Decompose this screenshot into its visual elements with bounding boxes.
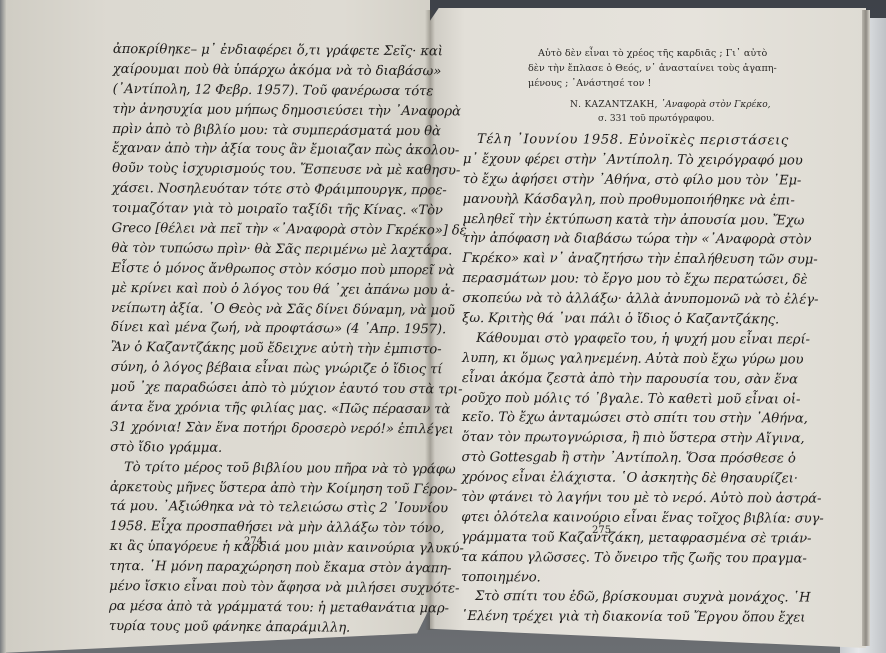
text-line: θὰ τὸν τυπώσω πρὶν· θὰ Σᾶς περιμένω μὲ λ… (111, 239, 403, 261)
text-line: τά μου. ᾿Αξιώθηκα νὰ τὸ τελειώσω στὶς 2 … (110, 497, 402, 519)
text-line: τυρία τους μοῦ φάνηκε ἀπαράμιλλη. (109, 617, 401, 639)
text-line: άντα ἕνα χρόνια τῆς φιλίας μας. «Πῶς πέρ… (110, 398, 402, 420)
page-stack-edge (862, 10, 870, 646)
epigraph-source: ᾿Αναφορὰ στὸν Γκρέκο, (661, 100, 771, 110)
epigraph-reference: σ. 331 τοῦ πρωτόγραφου. (570, 112, 771, 126)
text-line: πρὶν ἀπὸ τὸ βιβλίο μου: τὰ συμπεράσματά … (112, 120, 404, 142)
text-line: 31 χρόνια! Σὰν ἕνα ποτήρι δροσερὸ νερό!»… (110, 418, 402, 440)
text-line: (᾿Αντίπολη, 12 Φεβρ. 1957). Τοῦ φανέρωσα… (113, 80, 405, 102)
text-line: Εἶστε ὁ μόνος ἄνθρωπος στὸν κόσμο ποὺ μπ… (111, 259, 403, 281)
text-line: μοῦ ᾿χε παραδώσει ἀπὸ τὸ μύχιον ἑαυτό το… (111, 378, 403, 400)
text-line: περασμάτων μου: τὸ ἔργο μου τὸ ἔχω περατ… (462, 269, 760, 290)
text-line: μένο ἴσκιο εἶναι ποὺ τὸν ἄφησα νὰ μιλήσε… (109, 577, 401, 599)
epigraph-author: Ν. ΚΑΖΑΝΤΖΑΚΗ, (570, 100, 658, 110)
book-gutter (425, 10, 435, 630)
text-line: τητα. ῾Η μόνη παραχώρηση ποὺ ἔκαμα στὸν … (109, 557, 401, 579)
text-line: Greco [θέλει νὰ πεῖ τὴν «᾿Αναφορὰ στὸν Γ… (112, 219, 404, 241)
text-line: κεῖο. Τὸ ἔχω ἀνταμώσει στὸ σπίτι του στὴ… (462, 408, 760, 429)
text-line: τοποιημένο. (461, 568, 759, 589)
text-line: τὴν ἀπόφαση νὰ διαβάσω τώρα τὴν «᾿Αναφορ… (462, 229, 760, 250)
left-page-edge (0, 0, 6, 653)
text-line: ἀποκρίθηκε– μ᾿ ἐνδιαφέρει ὅ,τι γράφετε Σ… (113, 40, 405, 62)
text-line: Γκρέκο» καὶ ν᾿ ἀναζητήσω τὴν ἐπαλήθευση … (462, 249, 760, 270)
text-line: μανουὴλ Κάσδαγλη, ποὺ προθυμοποιήθηκε νὰ… (463, 190, 761, 211)
text-line: θοῦν τοὺς ἰσχυρισμούς του. Ἔσπευσε νὰ μὲ… (112, 159, 404, 181)
text-line: εἶναι ἀκόμα ζεστὰ ἀπὸ τὴν παρουσία του, … (462, 369, 760, 390)
text-line: στὸ ἴδιο γράμμα. (110, 438, 402, 460)
text-line: μ᾿ ἔχουν φέρει στὴν ᾿Αντίπολη. Τὸ χειρόγ… (463, 150, 761, 171)
text-line: ῾Ελένη τρέχει γιὰ τὴ διακονία τοῦ Ἔργου … (461, 607, 759, 628)
text-line: ἀρκετοὺς μῆνες ὕστερα ἀπὸ τὴν Κοίμηση το… (110, 478, 402, 500)
text-line: Κάθουμαι στὸ γραφεῖο του, ἡ ψυχή μου εἶν… (462, 329, 760, 350)
epigraph-line: μένους ; ᾿Ανάστησέ τον ! (528, 76, 728, 91)
text-line: ξω. Κριτὴς θά ᾿ναι πάλι ὁ ἴδιος ὁ Καζαντ… (462, 309, 760, 330)
text-line: λυπη, κι ὅμως γαληνεμένη. Αὐτὰ ποὺ ἔχω γ… (462, 349, 760, 370)
text-line: Τὸ τρίτο μέρος τοῦ βιβλίου μου πῆρα νὰ τ… (110, 458, 402, 480)
page-number-left: 274 (244, 536, 263, 547)
epigraph: Αὐτὸ δὲν εἶναι τὸ χρέος τῆς καρδιᾶς ; Γι… (528, 46, 728, 91)
epigraph-attribution: Ν. ΚΑΖΑΝΤΖΑΚΗ, ᾿Αναφορὰ στὸν Γκρέκο, σ. … (570, 98, 771, 126)
text-line: τοιμαζόταν γιὰ τὸ μοιραῖο ταξίδι τῆς Κίν… (112, 199, 404, 221)
text-line: χάσει. Νοσηλευόταν τότε στὸ Φράιμπουργκ,… (112, 179, 404, 201)
text-line: στὸ Gottesgab ἢ στὴν ᾿Αντίπολη. Ὅσα πρόσ… (462, 448, 760, 469)
text-line: μεληθεῖ τὴν ἐκτύπωση κατὰ τὴν ἀπουσία μο… (463, 210, 761, 231)
text-line: τὴν ἀνησυχία μου μήπως δημοσιεύσει τὴν ᾿… (112, 100, 404, 122)
text-line: Στὸ σπίτι του ἐδῶ, βρίσκουμαι συχνὰ μονά… (461, 587, 759, 608)
epigraph-line: δὲν τὴν ἔπλασε ὁ Θεός, ν᾿ ἀνασταίνει τοὺ… (528, 61, 728, 76)
text-line: ροῦχο ποὺ μόλις τό ᾿βγαλε. Τὸ καθετὶ μοῦ… (462, 389, 760, 410)
text-line: τα κάπου γλῶσσες. Τὸ ὄνειρο τῆς ζωῆς του… (461, 548, 759, 569)
text-line: ὅταν τὸν πρωτογνώρισα, ἢ πιὸ ὕστερα στὴν… (462, 428, 760, 449)
right-page-text: Τέλη ᾿Ιουνίου 1958. Εὐνοϊκὲς περιστάσεις… (461, 130, 761, 629)
text-line: δίνει καὶ μένα ζωή, νὰ προφτάσω» (4 ᾿Απρ… (111, 318, 403, 340)
text-line: μὲ κρίνει καὶ ποὺ ὁ λόγος του θά ᾿χει ἀπ… (111, 279, 403, 301)
text-line: τὸ ἔχω ἀφήσει στὴν ᾿Αθήνα, στὸ φίλο μου … (463, 170, 761, 191)
text-line: τὸν φτάνει τὸ λαγήνι του μὲ τὸ νερό. Αὐτ… (461, 488, 759, 509)
text-line: νείπωτη ἀξία. ῾Ο Θεὸς νὰ Σᾶς δίνει δύναμ… (111, 299, 403, 321)
text-line: σύνη, ὁ λόγος βέβαια εἶναι πὼς γνώριζε ὁ… (111, 358, 403, 380)
text-line: σκοπεύω νὰ τὸ ἀλλάξω· ἀλλὰ ἀνυπομονῶ νὰ … (462, 289, 760, 310)
text-line: χαίρουμαι ποὺ θὰ ὑπάρχω ἀκόμα νὰ τὸ διαβ… (113, 60, 405, 82)
text-line: ἔχαναν ἀπὸ τὴν ἀξία τους ἂν ἔμοιαζαν πὼς… (112, 139, 404, 161)
epigraph-line: Αὐτὸ δὲν εἶναι τὸ χρέος τῆς καρδιᾶς ; Γι… (528, 46, 728, 61)
left-page-text: ἀποκρίθηκε– μ᾿ ἐνδιαφέρει ὅ,τι γράφετε Σ… (109, 40, 405, 639)
text-line: ρα μέσα ἀπὸ τὰ γράμματά του: ἡ μεταθανάτ… (109, 597, 401, 619)
text-line: χρόνος εἶναι ἐλάχιστα. ῾Ο ἀσκητὴς δὲ θησ… (461, 468, 759, 489)
text-line: Τέλη ᾿Ιουνίου 1958. Εὐνοϊκὲς περιστάσεις (463, 130, 761, 151)
page-number-right: 275 (592, 525, 611, 536)
text-line: Ἂν ὁ Καζαντζάκης μοῦ ἔδειχνε αὐτὴ τὴν ἐμ… (111, 338, 403, 360)
